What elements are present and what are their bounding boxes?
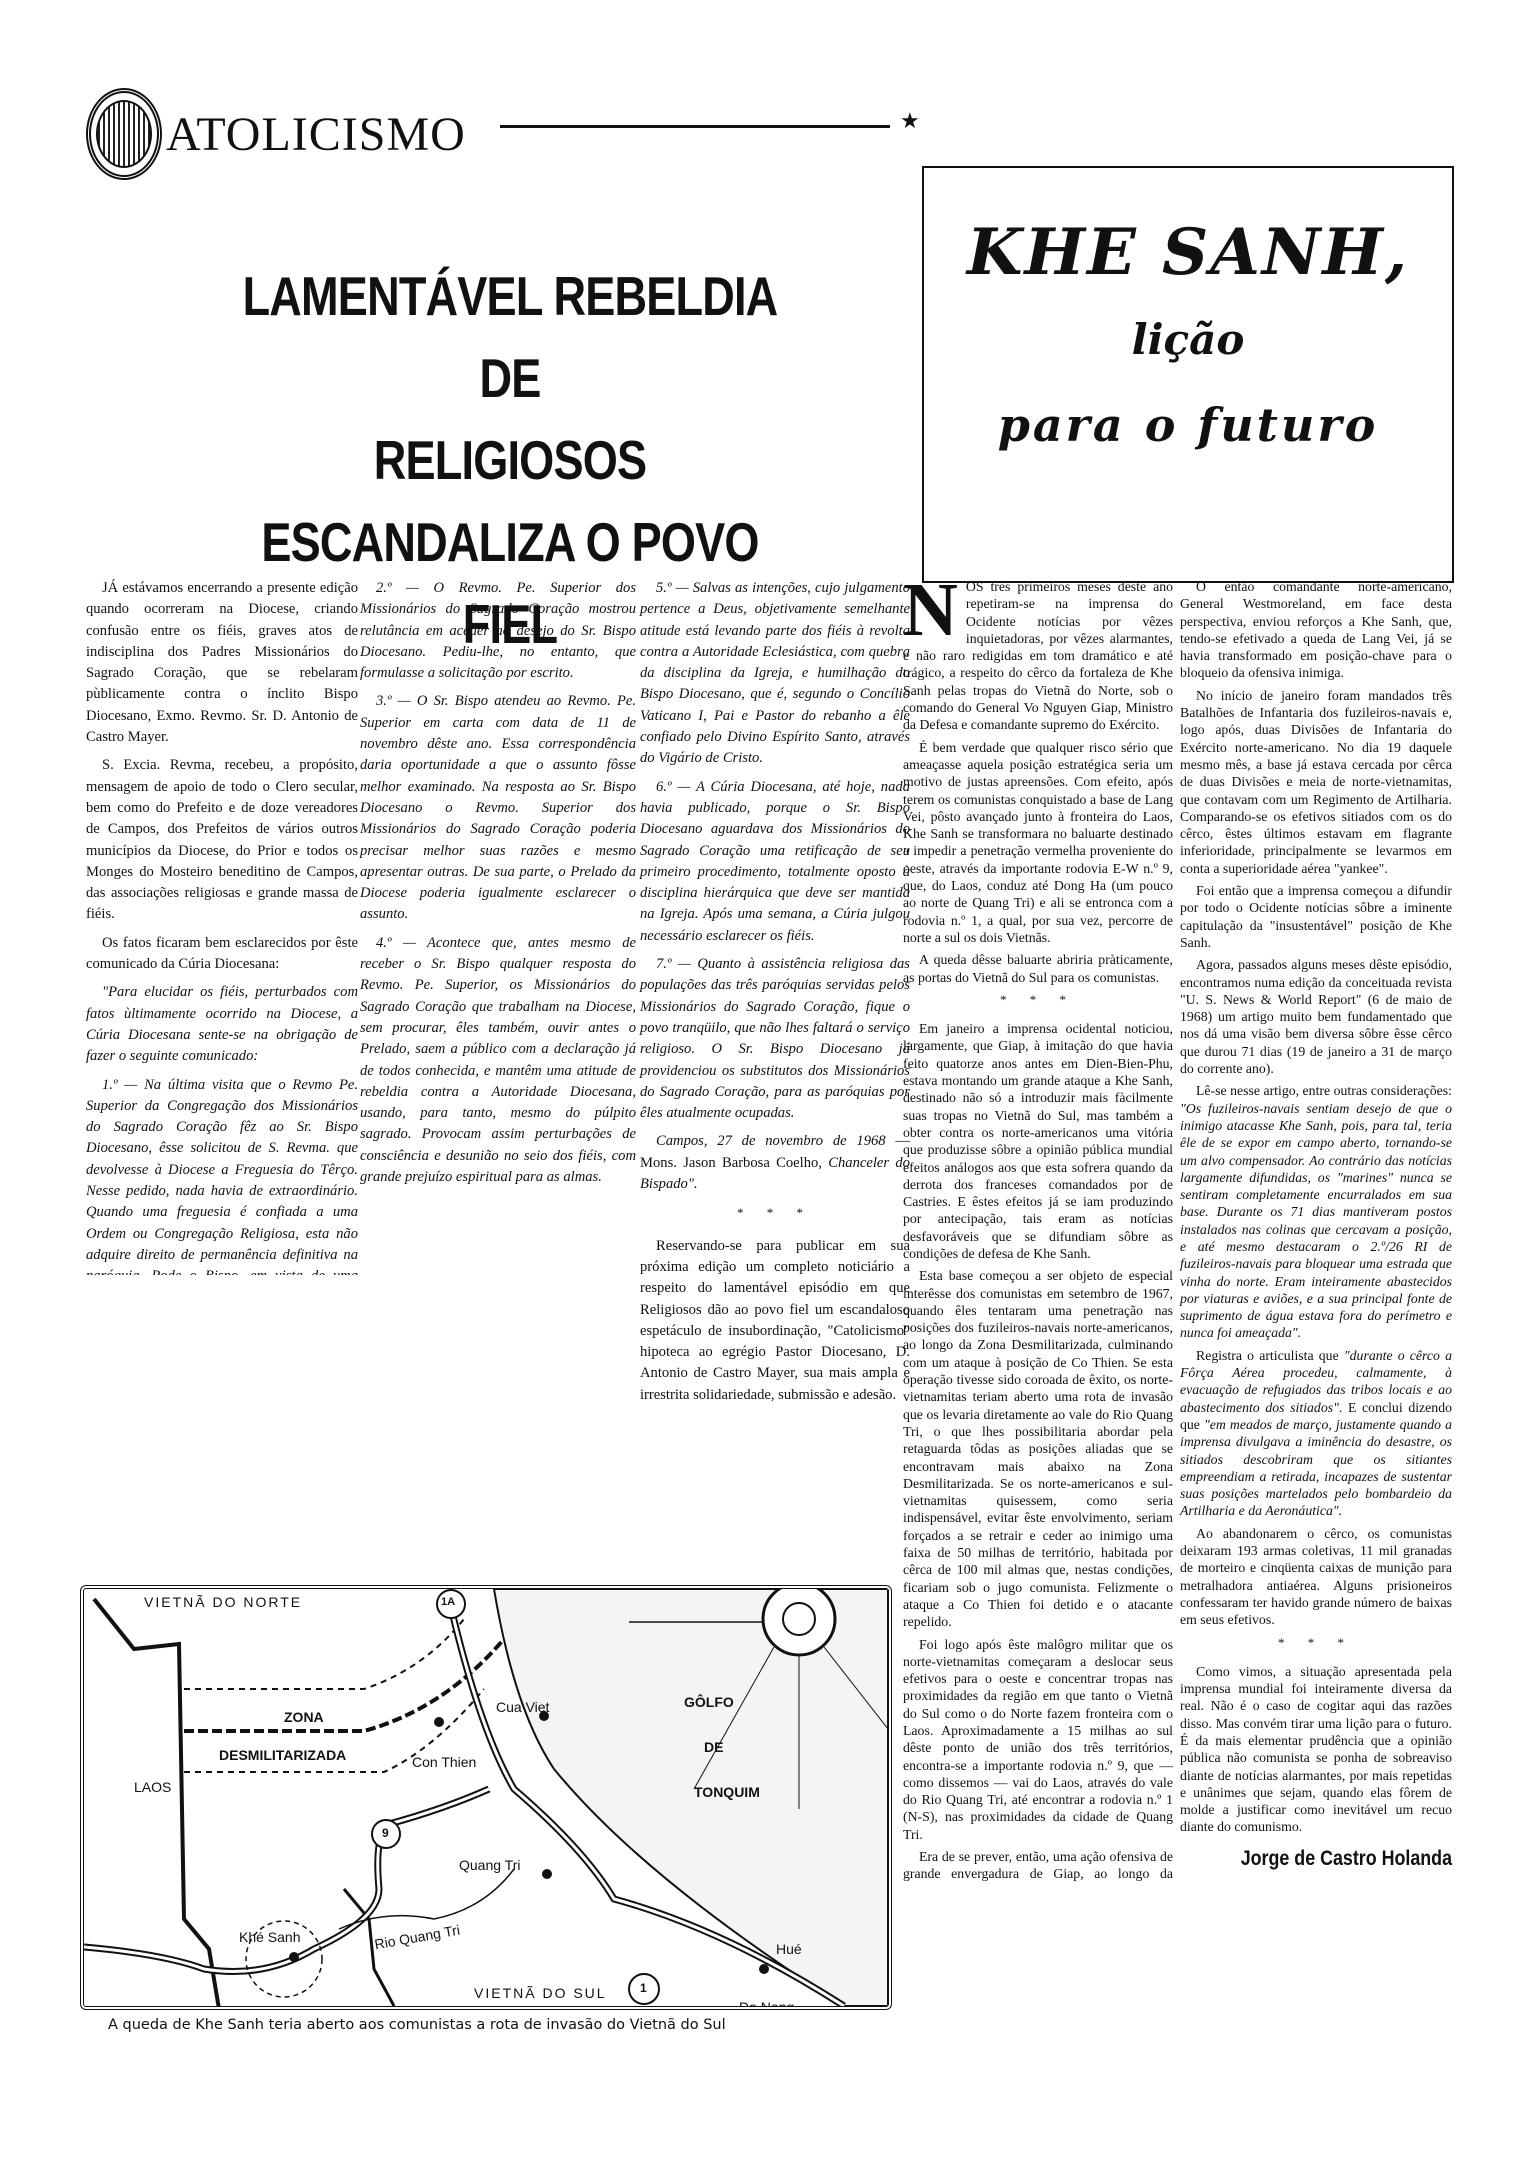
paragraph-quote: 4.º — Acontece que, antes mesmo de receb… xyxy=(360,933,636,1189)
closing-paragraph: Reservando-se para publicar em sua próxi… xyxy=(640,1236,910,1406)
article-right-column-1: NOS três primeiros meses dêste ano repet… xyxy=(903,578,1173,1887)
section-separator: * * * xyxy=(1180,1634,1452,1651)
article-left-column-1: JÁ estávamos encerrando a presente ediçã… xyxy=(86,578,358,1282)
paragraph: A queda dêsse baluarte abriria pràticame… xyxy=(903,951,1173,986)
map-label-con-thien: Con Thien xyxy=(412,1754,476,1770)
subtitle-line-1: lição xyxy=(922,315,1454,364)
map-drawing-icon xyxy=(84,1589,888,2006)
dateline: Campos, 27 de novembro de 1968 — Mons. J… xyxy=(640,1131,910,1195)
article-left-column-2: 2.º — O Revmo. Pe. Superior dos Missioná… xyxy=(360,578,636,1195)
map-caption: A queda de Khe Sanh teria aberto aos com… xyxy=(108,2017,726,2033)
publication-name: ATOLICISMO xyxy=(166,107,466,162)
map-label-khe-sanh: Khé Sanh xyxy=(239,1929,301,1945)
masthead-rule xyxy=(500,125,890,128)
route-marker-9: 9 xyxy=(382,1826,389,1840)
map-label-gulf: GÔLFO xyxy=(684,1694,734,1710)
paragraph: S. Excia. Revma, recebeu, a propósito, m… xyxy=(86,755,358,925)
paragraph: Em janeiro a imprensa ocidental noticiou… xyxy=(903,1020,1173,1262)
paragraph-quote: 7.º — Quanto à assistência religiosa das… xyxy=(640,954,910,1124)
seal-emblem-icon xyxy=(86,88,162,180)
paragraph-quote: "Para elucidar os fiéis, perturbados com… xyxy=(86,982,358,1067)
route-marker-1a: 1A xyxy=(441,1596,455,1608)
map-illustration: VIETNÃ DO NORTE ZONA DESMILITARIZADA LAO… xyxy=(80,1585,892,2010)
map-label-gulf: TONQUIM xyxy=(694,1784,760,1800)
paragraph: No início de janeiro foram mandados três… xyxy=(1180,687,1452,877)
paragraph-quote: 1.º — Na última visita que o Revmo Pe. S… xyxy=(86,1075,358,1275)
paragraph-quote: 6.º — A Cúria Diocesana, até hoje, nada … xyxy=(640,777,910,947)
subtitle-line-2: para o futuro xyxy=(922,398,1454,452)
map-label-gulf: DE xyxy=(704,1739,723,1755)
paragraph: Agora, passados alguns meses dêste episó… xyxy=(1180,956,1452,1077)
map-label-cua-viet: Cua Viet xyxy=(496,1699,549,1715)
paragraph: JÁ estávamos encerrando a presente ediçã… xyxy=(86,578,358,748)
author-byline: Jorge de Castro Holanda xyxy=(1221,1850,1452,1867)
paragraph: Os fatos ficaram bem esclarecidos por ês… xyxy=(86,933,358,976)
paragraph: Registra o articulista que "durante o cê… xyxy=(1180,1347,1452,1520)
paragraph: É bem verdade que qualquer risco sério q… xyxy=(903,739,1173,947)
paragraph-quote: 5.º — Salvas as intenções, cujo julgamen… xyxy=(640,578,910,770)
paragraph: Era de se prever, então, uma ação ofensi… xyxy=(903,1848,1173,1882)
paragraph: O então comandante norte-americano, Gene… xyxy=(1180,578,1452,682)
map-label-south-vietnam: VIETNÃ DO SUL xyxy=(474,1985,607,2001)
map-label-dmz: DESMILITARIZADA xyxy=(219,1747,346,1763)
headline-line: RELIGIOSOS xyxy=(215,419,805,501)
map-label-dmz: ZONA xyxy=(284,1709,324,1725)
paragraph: Ao abandonarem o cêrco, os comunistas de… xyxy=(1180,1525,1452,1629)
section-separator: * * * xyxy=(903,991,1173,1008)
paragraph: Esta base começou a ser objeto de especi… xyxy=(903,1267,1173,1630)
paragraph: Foi logo após êste malôgro militar que o… xyxy=(903,1636,1173,1844)
paragraph-quote: 3.º — O Sr. Bispo atendeu ao Revmo. Pe. … xyxy=(360,691,636,925)
drop-cap: N xyxy=(903,580,958,640)
paragraph: Foi então que a imprensa começou a difun… xyxy=(1180,882,1452,951)
map-label-da-nang: Da Nang xyxy=(739,1999,794,2010)
map-label-quang-tri: Quang Tri xyxy=(459,1857,520,1873)
map-label-hue: Hué xyxy=(776,1941,802,1957)
article-right-column-2: O então comandante norte-americano, Gene… xyxy=(1180,578,1452,1867)
paragraph: NOS três primeiros meses dêste ano repet… xyxy=(903,578,1173,734)
article-left-column-3: 5.º — Salvas as intenções, cujo julgamen… xyxy=(640,578,910,1413)
route-marker-1: 1 xyxy=(640,1981,647,1995)
masthead: ATOLICISMO xyxy=(86,86,466,182)
map-label-north-vietnam: VIETNÃ DO NORTE xyxy=(144,1594,302,1610)
conclusion-paragraph: Como vimos, a situação apresentada pela … xyxy=(1180,1663,1452,1836)
section-separator: * * * xyxy=(640,1202,910,1223)
star-icon: ★ xyxy=(900,108,920,134)
headline-line: LAMENTÁVEL REBELDIA DE xyxy=(215,255,805,419)
headline-right: KHE SANH, xyxy=(922,215,1454,290)
paragraph-quote: 2.º — O Revmo. Pe. Superior dos Missioná… xyxy=(360,578,636,684)
map-label-laos: LAOS xyxy=(134,1779,171,1795)
paragraph: Lê-se nesse artigo, entre outras conside… xyxy=(1180,1082,1452,1341)
